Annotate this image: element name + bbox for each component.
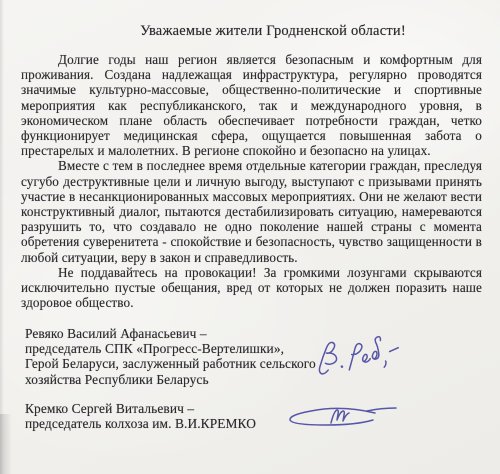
text-line: конструктивный диалог, пытаются дестабил…: [21, 204, 482, 219]
signatory-line: хозяйства Республики Беларусь: [25, 372, 316, 387]
text-line: сугубо деструктивные цели и личную выгод…: [21, 174, 482, 189]
text-line: значимые культурно-массовые, общественно…: [21, 82, 482, 97]
letter-title: Уважаемые жители Гродненской области!: [0, 23, 500, 40]
letter-paragraph: Вместе с тем в последнее время отдельные…: [21, 158, 482, 264]
signatory-block-revyako: Ревяко Василий Афанасьевич – председател…: [25, 326, 316, 387]
text-line: разрушить то, что создавало не одно поко…: [21, 219, 482, 234]
revyako-handwritten-signature: [309, 326, 406, 387]
letter-paragraph: Не поддавайтесь на провокации! За громки…: [21, 265, 482, 311]
signatory-line: Герой Беларуси, заслуженный работник сел…: [25, 356, 316, 371]
signatory-block-kremko: Кремко Сергей Витальевич – председатель …: [25, 401, 256, 431]
text-line: исключительно пустые обещания, вред от к…: [21, 280, 482, 295]
text-line: любой ситуации, веру в закон и справедли…: [21, 250, 482, 265]
text-line: участие в несанкционированных массовых м…: [21, 189, 482, 204]
kremko-handwritten-signature: [281, 400, 399, 436]
text-line: Не поддавайтесь на провокации! За громки…: [21, 265, 482, 280]
text-line: проживания. Создана надлежащая инфрастру…: [21, 67, 482, 82]
text-line: престарелых и малолетних. В регионе спок…: [21, 143, 482, 158]
signatory-line: председатель СПК «Прогресс-Вертелишки»,: [25, 341, 316, 356]
letter-paragraph: Долгие годы наш регион является безопасн…: [21, 52, 482, 158]
text-line: мероприятия как республиканского, так и …: [21, 98, 482, 113]
letter-body: Долгие годы наш регион является безопасн…: [21, 52, 482, 310]
text-line: Вместе с тем в последнее время отдельные…: [21, 158, 482, 173]
text-line: здоровое общество.: [21, 295, 482, 310]
scan-edge-shadow: [0, 0, 4, 474]
signatory-line: Кремко Сергей Витальевич –: [25, 401, 256, 416]
text-line: Долгие годы наш регион является безопасн…: [21, 52, 482, 67]
text-line: экономическом плане область обеспечивает…: [21, 113, 482, 128]
text-line: функционирует медицинская сфера, ощущает…: [21, 128, 482, 143]
signatory-line: Ревяко Василий Афанасьевич –: [25, 326, 316, 341]
text-line: обретения суверенитета - спокойствие и б…: [21, 234, 482, 249]
signatory-line: председатель колхоза им. В.И.КРЕМКО: [25, 416, 256, 431]
scan-corner-shadow: [0, 414, 12, 474]
